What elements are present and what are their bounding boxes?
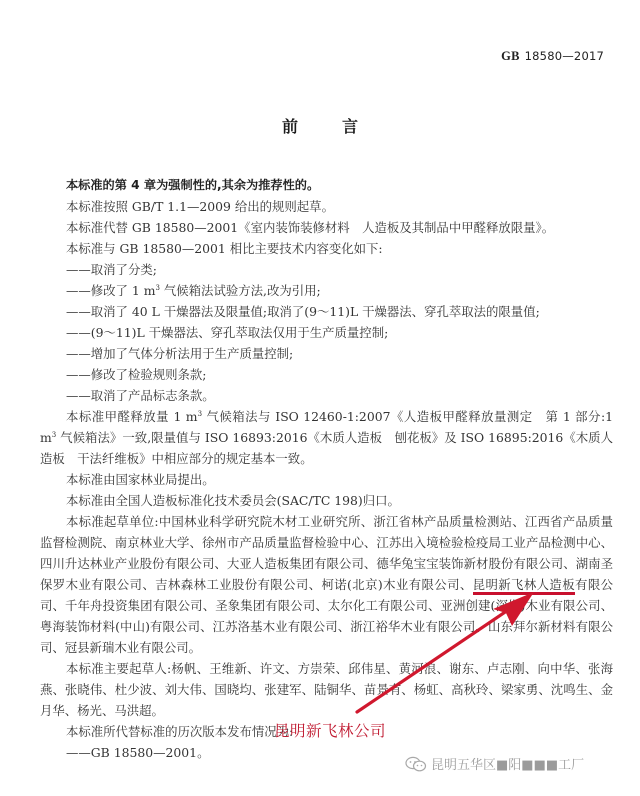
watermark: 昆明五华区■阳■■■工厂 [405,754,584,773]
arrow-annotation-icon [0,0,640,796]
wechat-icon [405,756,427,772]
watermark-text: 昆明五华区■阳■■■工厂 [431,754,584,773]
annotation-label: 昆明新飞林公司 [274,719,386,741]
